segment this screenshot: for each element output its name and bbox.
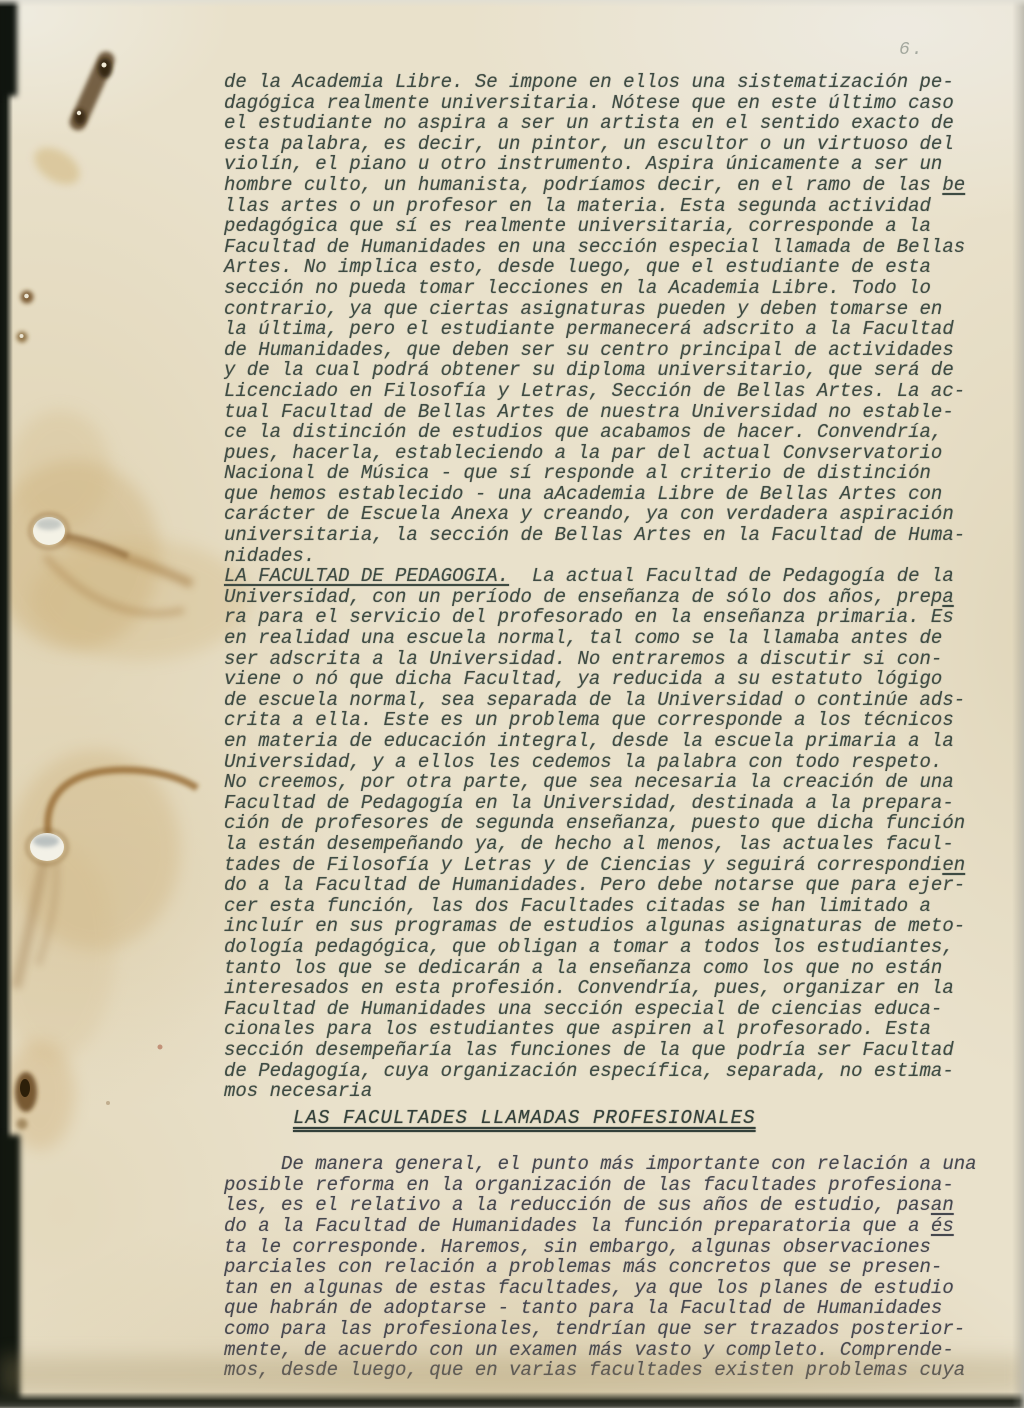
text-line: esta palabra, es decir, un pintor, un es…: [224, 134, 1016, 155]
text-line: la están desempeñando ya, de hecho al me…: [224, 834, 1016, 855]
text-line: llas artes o un profesor en la materia. …: [224, 196, 1016, 217]
page-edge-bottom: [0, 1392, 1024, 1408]
text-line: en materia de educación integral, desde …: [224, 731, 1016, 752]
text-line: do a la Facultad de Humanidades. Pero de…: [224, 875, 1016, 896]
text-line: violín, el piano u otro instrumento. Asp…: [224, 154, 1016, 175]
text-line: Licenciado en Filosofía y Letras, Secció…: [224, 381, 1016, 402]
text-line: y de la cual podrá obtener su diploma un…: [224, 360, 1016, 381]
text-line: cionales para los estudiantes que aspire…: [224, 1019, 1016, 1040]
page-edge-top: [0, 0, 1024, 7]
text-line: No creemos, por otra parte, que sea nece…: [224, 772, 1016, 793]
page-edge-left-top: [0, 0, 17, 96]
text-line: de Pedagogía, cuya organización específi…: [224, 1061, 1016, 1082]
text-line: ra para el servicio del profesorado en l…: [224, 607, 1016, 628]
text-line: dagógica realmente universitaria. Nótese…: [224, 93, 1016, 114]
text-line: parciales con relación a problemas más c…: [224, 1257, 1016, 1278]
text-line: crita a ella. Este es un problema que co…: [224, 710, 1016, 731]
text-line: posible reforma en la organización de la…: [224, 1175, 1016, 1196]
text-line: que hemos establecido - una aAcademia Li…: [224, 484, 1016, 505]
text-line: contrario, ya que ciertas asignaturas pu…: [224, 299, 1016, 320]
text-line: sección no pueda tomar lecciones en la A…: [224, 278, 1016, 299]
text-line: ce la distinción de estudios que acabamo…: [224, 422, 1016, 443]
text-line: tades de Filosofía y Letras y de Ciencia…: [224, 855, 1016, 876]
text-line: Artes. No implica esto, desde luego, que…: [224, 257, 1016, 278]
text-line: Facultad de Humanidades una sección espe…: [224, 999, 1016, 1020]
text-line: de escuela normal, sea separada de la Un…: [224, 690, 1016, 711]
para-profesionales: De manera general, el punto más importan…: [224, 1154, 1016, 1381]
text-line: mos necesaria: [224, 1081, 1016, 1102]
text-line: interesados en esta profesión. Convendrí…: [224, 978, 1016, 999]
page-edge-bottom-shadow: [0, 1356, 1024, 1394]
text-line: ser adscrita a la Universidad. No entrar…: [224, 649, 1016, 670]
text-line: LA FACULTAD DE PEDAGOGIA. La actual Facu…: [224, 566, 1016, 587]
text-line: do a la Facultad de Humanidades la funci…: [224, 1216, 1016, 1237]
text-line: ción de profesores de segunda enseñanza,…: [224, 813, 1016, 834]
text-line: les, es el relativo a la reducción de su…: [224, 1195, 1016, 1216]
text-line: que habrán de adoptarse - tanto para la …: [224, 1298, 1016, 1319]
text-line: LAS FACULTADES LLAMADAS PROFESIONALES: [293, 1108, 1016, 1129]
text-line: sección desempeñaría las funciones de la…: [224, 1040, 1016, 1061]
text-line: carácter de Escuela Anexa y creando, ya …: [224, 504, 1016, 525]
text-line: hombre culto, un humanista, podríamos de…: [224, 175, 1016, 196]
text-line: pedagógica que sí es realmente universit…: [224, 216, 1016, 237]
text-line: dología pedagógica, que obligan a tomar …: [224, 937, 1016, 958]
text-line: De manera general, el punto más importan…: [224, 1154, 1016, 1175]
para-pedagogia: LA FACULTAD DE PEDAGOGIA. La actual Facu…: [224, 566, 1016, 1101]
text-line: tan en algunas de estas facultades, ya q…: [224, 1278, 1016, 1299]
heading-profesionales: LAS FACULTADES LLAMADAS PROFESIONALES: [224, 1108, 1016, 1129]
text-line: tual Facultad de Bellas Artes de nuestra…: [224, 402, 1016, 423]
text-line: cer esta función, las dos Facultades cit…: [224, 896, 1016, 917]
text-line: viene o nó que dicha Facultad, ya reduci…: [224, 669, 1016, 690]
text-line: nidades.: [224, 546, 1016, 567]
para-continuation: de la Academia Libre. Se impone en ellos…: [224, 72, 1016, 566]
text-line: Universidad, y a ellos les cedemos la pa…: [224, 752, 1016, 773]
text-line: Facultad de Humanidades en una sección e…: [224, 237, 1016, 258]
text-line: incluír en sus programas de estudios alg…: [224, 916, 1016, 937]
text-line: tanto los que se dedicarán a la enseñanz…: [224, 958, 1016, 979]
text-line: pues, hacerla, estableciendo a la par de…: [224, 443, 1016, 464]
text-line: ta le corresponde. Haremos, sin embargo,…: [224, 1237, 1016, 1258]
text-line: en realidad una escuela normal, tal como…: [224, 628, 1016, 649]
text-line: Universidad, con un período de enseñanza…: [224, 587, 1016, 608]
text-line: Facultad de Pedagogía en la Universidad,…: [224, 793, 1016, 814]
text-line: como para las profesionales, tendrían qu…: [224, 1319, 1016, 1340]
text-line: la última, pero el estudiante permanecer…: [224, 319, 1016, 340]
page-edge-right: [1012, 0, 1024, 1408]
text-line: de la Academia Libre. Se impone en ellos…: [224, 72, 1016, 93]
text-line: de Humanidades, que deben ser su centro …: [224, 340, 1016, 361]
text-line: el estudiante no aspira a ser un artista…: [224, 113, 1016, 134]
document-text: de la Academia Libre. Se impone en ellos…: [224, 72, 1016, 1381]
page-number: 6.: [899, 40, 925, 60]
text-line: Nacional de Música - que sí responde al …: [224, 463, 1016, 484]
text-line: universitaria, la sección de Bellas Arte…: [224, 525, 1016, 546]
